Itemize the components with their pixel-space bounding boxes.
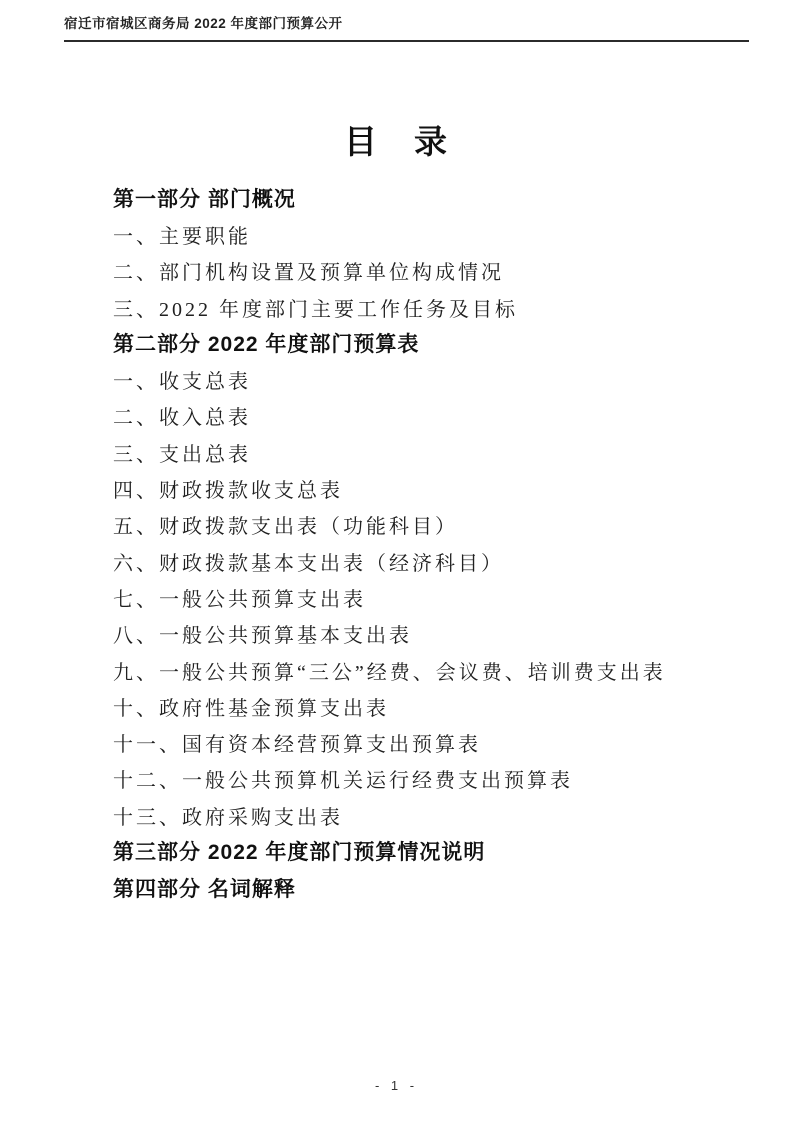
- toc-section-heading: 第二部分 2022 年度部门预算表: [113, 325, 733, 361]
- toc-entry: 十三、政府采购支出表: [113, 797, 733, 833]
- toc-entry: 四、财政拨款收支总表: [113, 470, 733, 506]
- toc-entry: 十二、一般公共预算机关运行经费支出预算表: [113, 761, 733, 797]
- toc-entry: 十一、国有资本经营预算支出预算表: [113, 724, 733, 760]
- toc-entry: 二、收入总表: [113, 398, 733, 434]
- toc-entry: 二、部门机构设置及预算单位构成情况: [113, 253, 733, 289]
- toc-entry: 三、支出总表: [113, 434, 733, 470]
- toc-section-heading: 第三部分 2022 年度部门预算情况说明: [113, 833, 733, 869]
- toc-list: 第一部分 部门概况一、主要职能二、部门机构设置及预算单位构成情况三、2022 年…: [113, 180, 733, 906]
- toc-entry: 八、一般公共预算基本支出表: [113, 616, 733, 652]
- page-number: - 1 -: [0, 1078, 793, 1093]
- page-title: 目 录: [0, 116, 793, 163]
- toc-entry: 一、主要职能: [113, 216, 733, 252]
- document-page: 宿迁市宿城区商务局 2022 年度部门预算公开 目 录 第一部分 部门概况一、主…: [0, 0, 793, 1122]
- page-header-text: 宿迁市宿城区商务局 2022 年度部门预算公开: [64, 16, 343, 31]
- toc-entry: 七、一般公共预算支出表: [113, 579, 733, 615]
- toc-entry: 三、2022 年度部门主要工作任务及目标: [113, 289, 733, 325]
- toc-entry: 十、政府性基金预算支出表: [113, 688, 733, 724]
- toc-entry: 一、收支总表: [113, 361, 733, 397]
- page-header: 宿迁市宿城区商务局 2022 年度部门预算公开: [64, 12, 749, 42]
- toc-entry: 六、财政拨款基本支出表（经济科目）: [113, 543, 733, 579]
- toc-section-heading: 第一部分 部门概况: [113, 180, 733, 216]
- toc-entry: 五、财政拨款支出表（功能科目）: [113, 507, 733, 543]
- toc-entry: 九、一般公共预算“三公”经费、会议费、培训费支出表: [113, 652, 733, 688]
- toc-section-heading: 第四部分 名词解释: [113, 870, 733, 906]
